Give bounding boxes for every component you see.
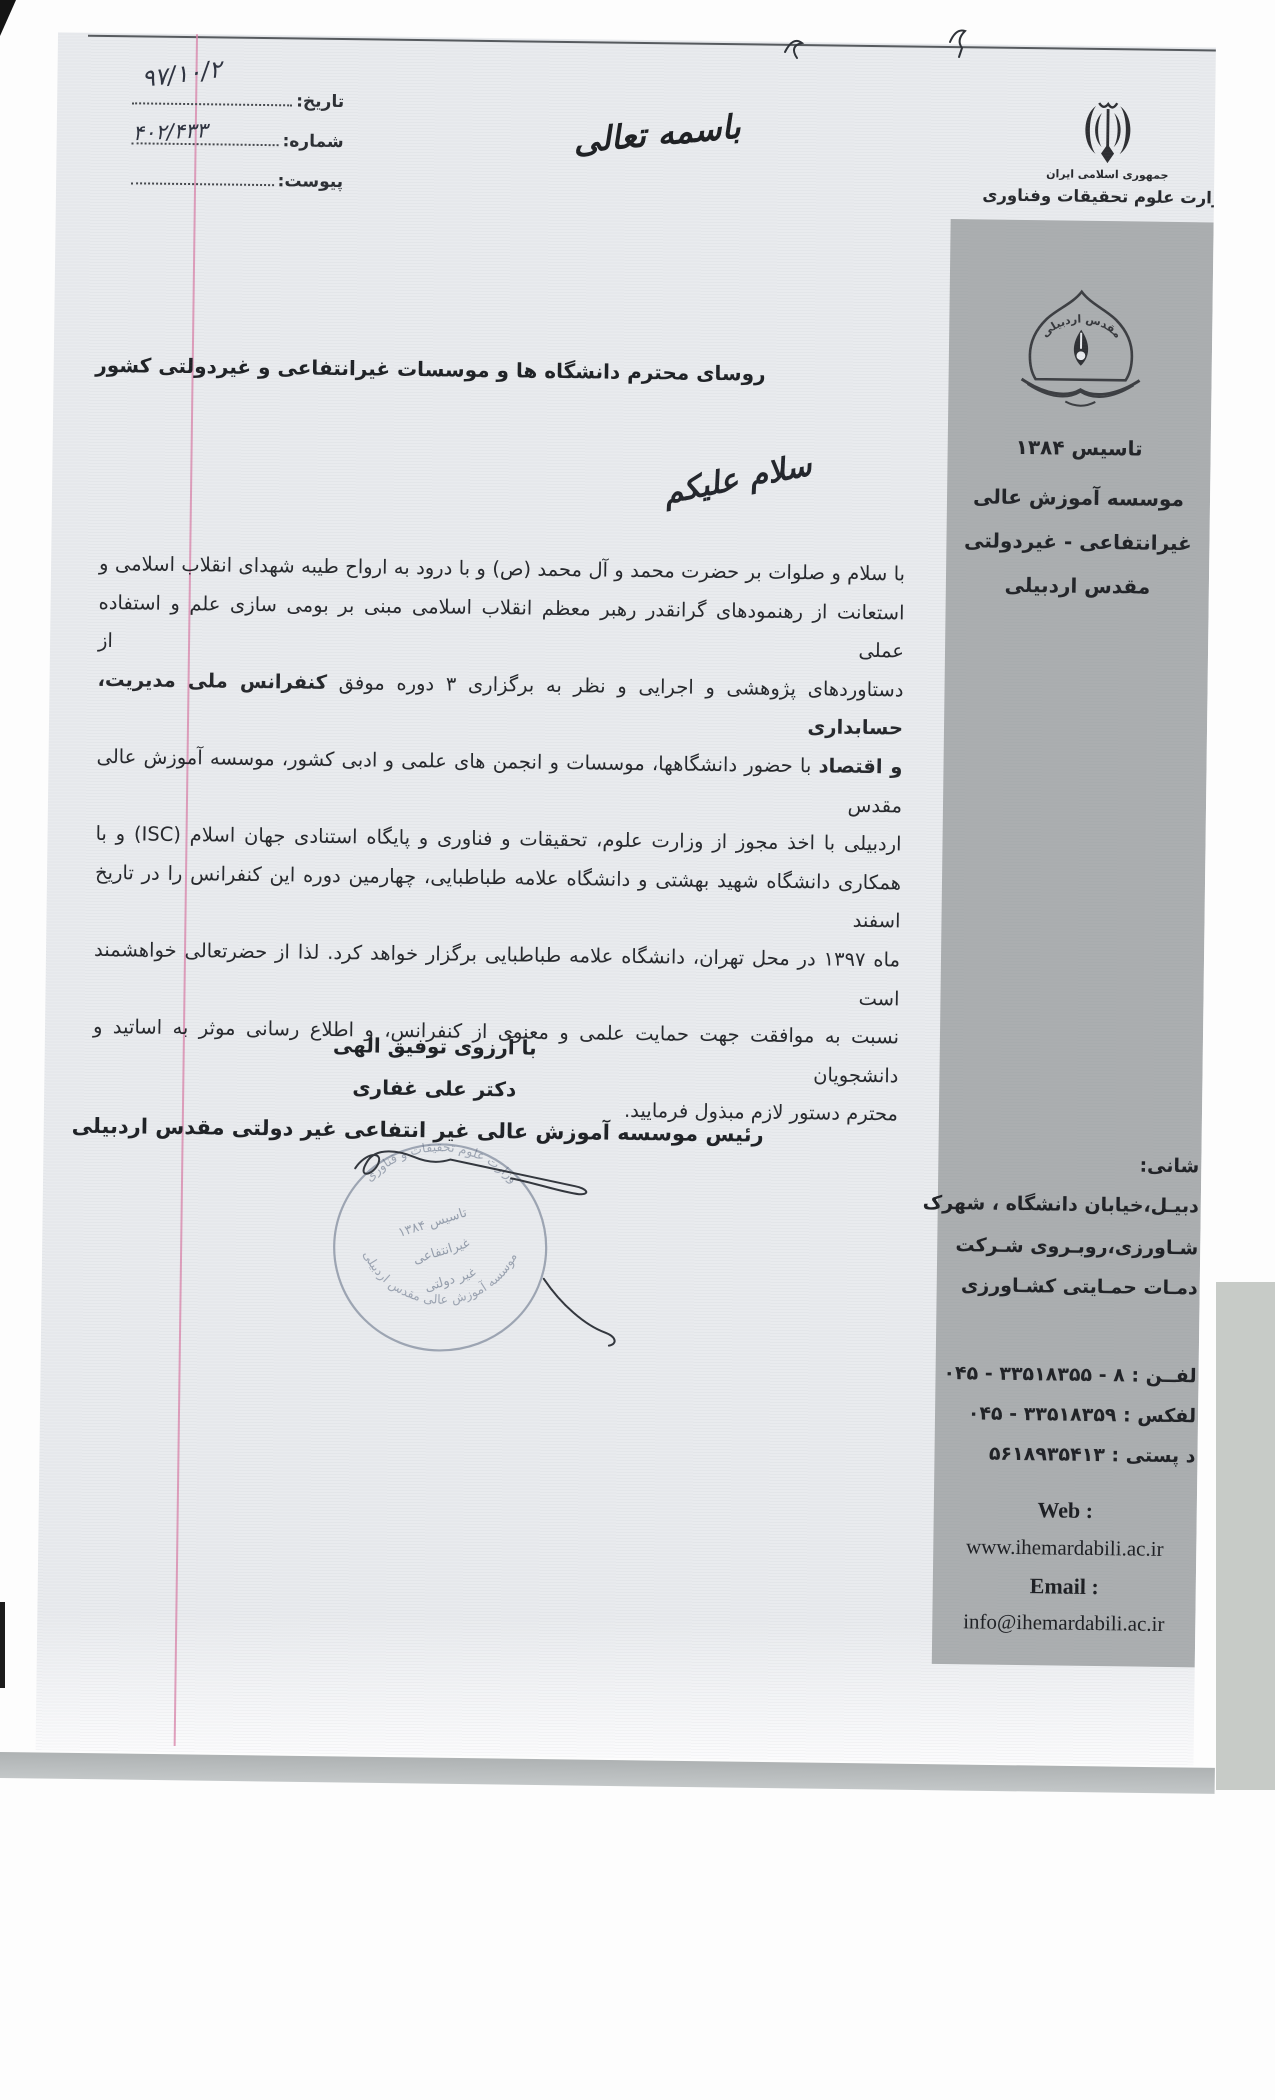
address-line: دمـات حمـایتی کشـاورزی <box>961 1274 1198 1299</box>
address-label: شانی: <box>1139 1155 1199 1178</box>
ministry-name: وزارت علوم تحقیقات وفناوری <box>976 185 1216 207</box>
body-line: استعانت از رهنمودهای گرانقدر رهبر معظم ا… <box>98 583 905 671</box>
web-label: Web : <box>934 1496 1197 1525</box>
institute-name-line3: مقدس اردبیلی <box>946 562 1210 609</box>
number-label: شماره: <box>282 131 343 152</box>
attachment-field: پیوست: <box>131 161 343 192</box>
body-line: ماه ۱۳۹۷ در محل تهران، دانشگاه علامه طبا… <box>93 931 900 1019</box>
besmele-calligraphy: باسمه تعالی <box>496 100 818 168</box>
postal-code-line: د پستی : ۵۶۱۸۹۳۵۴۱۳ <box>989 1443 1196 1468</box>
body-line: همکاری دانشگاه شهید بهشتی و دانشگاه علام… <box>94 854 901 942</box>
email-label: Email : <box>933 1572 1196 1601</box>
recipient-line: روسای محترم دانشگاه ها و موسسات غیرانتفا… <box>184 354 766 386</box>
country-name: جمهوری اسلامی ایران <box>976 166 1216 182</box>
dotted-leader <box>132 102 292 106</box>
institute-logo-icon: مقدس اردبیلی <box>1004 285 1156 427</box>
fax-line: لفکس : ۳۳۵۱۸۳۵۹ - ۰۴۵ <box>968 1402 1197 1427</box>
handwritten-number: ۴۰۲/۴۳۳ <box>132 118 208 145</box>
scanner-background-strip <box>1216 1282 1275 1790</box>
address-line: دبیـل،خیابان دانشگاه ، شهرک <box>923 1192 1199 1218</box>
government-header: جمهوری اسلامی ایران وزارت علوم تحقیقات و… <box>976 92 1216 207</box>
pen-marks <box>0 0 1275 90</box>
salutation-calligraphy: سلام علیکم <box>611 437 863 521</box>
scan-edge-mark <box>0 1602 5 1688</box>
phone-line: لفــن : ۸ - ۳۳۵۱۸۳۵۵ - ۰۴۵ <box>943 1362 1196 1387</box>
handwritten-signature <box>310 1116 673 1381</box>
letter-paper: تاریخ: شماره: پیوست: ۹۷/۱۰/۲ ۴۰۲/۴۳۳ باس… <box>36 32 1216 1765</box>
email-url: info@ihemardabili.ac.ir <box>932 1609 1195 1637</box>
institute-name-line1: موسسه آموزش عالی <box>947 474 1211 521</box>
institute-block: مقدس اردبیلی تاسیس ۱۳۸۴ موسسه آموزش عالی… <box>946 284 1213 609</box>
institute-name-line2: غیرانتفاعی - غیردولتی <box>946 518 1210 565</box>
established-year: تاسیس ۱۳۸۴ <box>948 434 1211 461</box>
address-line: شـاورزی،روبـروی شـرکت <box>955 1234 1198 1259</box>
body-line: دستاوردهای پژوهشی و اجرایی و نظر به برگز… <box>97 661 904 749</box>
scanned-letter-page: تاریخ: شماره: پیوست: ۹۷/۱۰/۲ ۴۰۲/۴۳۳ باس… <box>0 0 1275 2100</box>
body-line: و اقتصاد با حضور دانشگاهها، موسسات و انج… <box>96 738 903 826</box>
iran-emblem-icon <box>1071 94 1144 167</box>
web-url: www.ihemardabili.ac.ir <box>933 1534 1196 1562</box>
institute-name: موسسه آموزش عالی غیرانتفاعی - غیردولتی م… <box>946 474 1211 609</box>
date-label: تاریخ: <box>296 91 344 112</box>
attachment-label: پیوست: <box>277 171 343 192</box>
dotted-leader <box>131 182 274 186</box>
